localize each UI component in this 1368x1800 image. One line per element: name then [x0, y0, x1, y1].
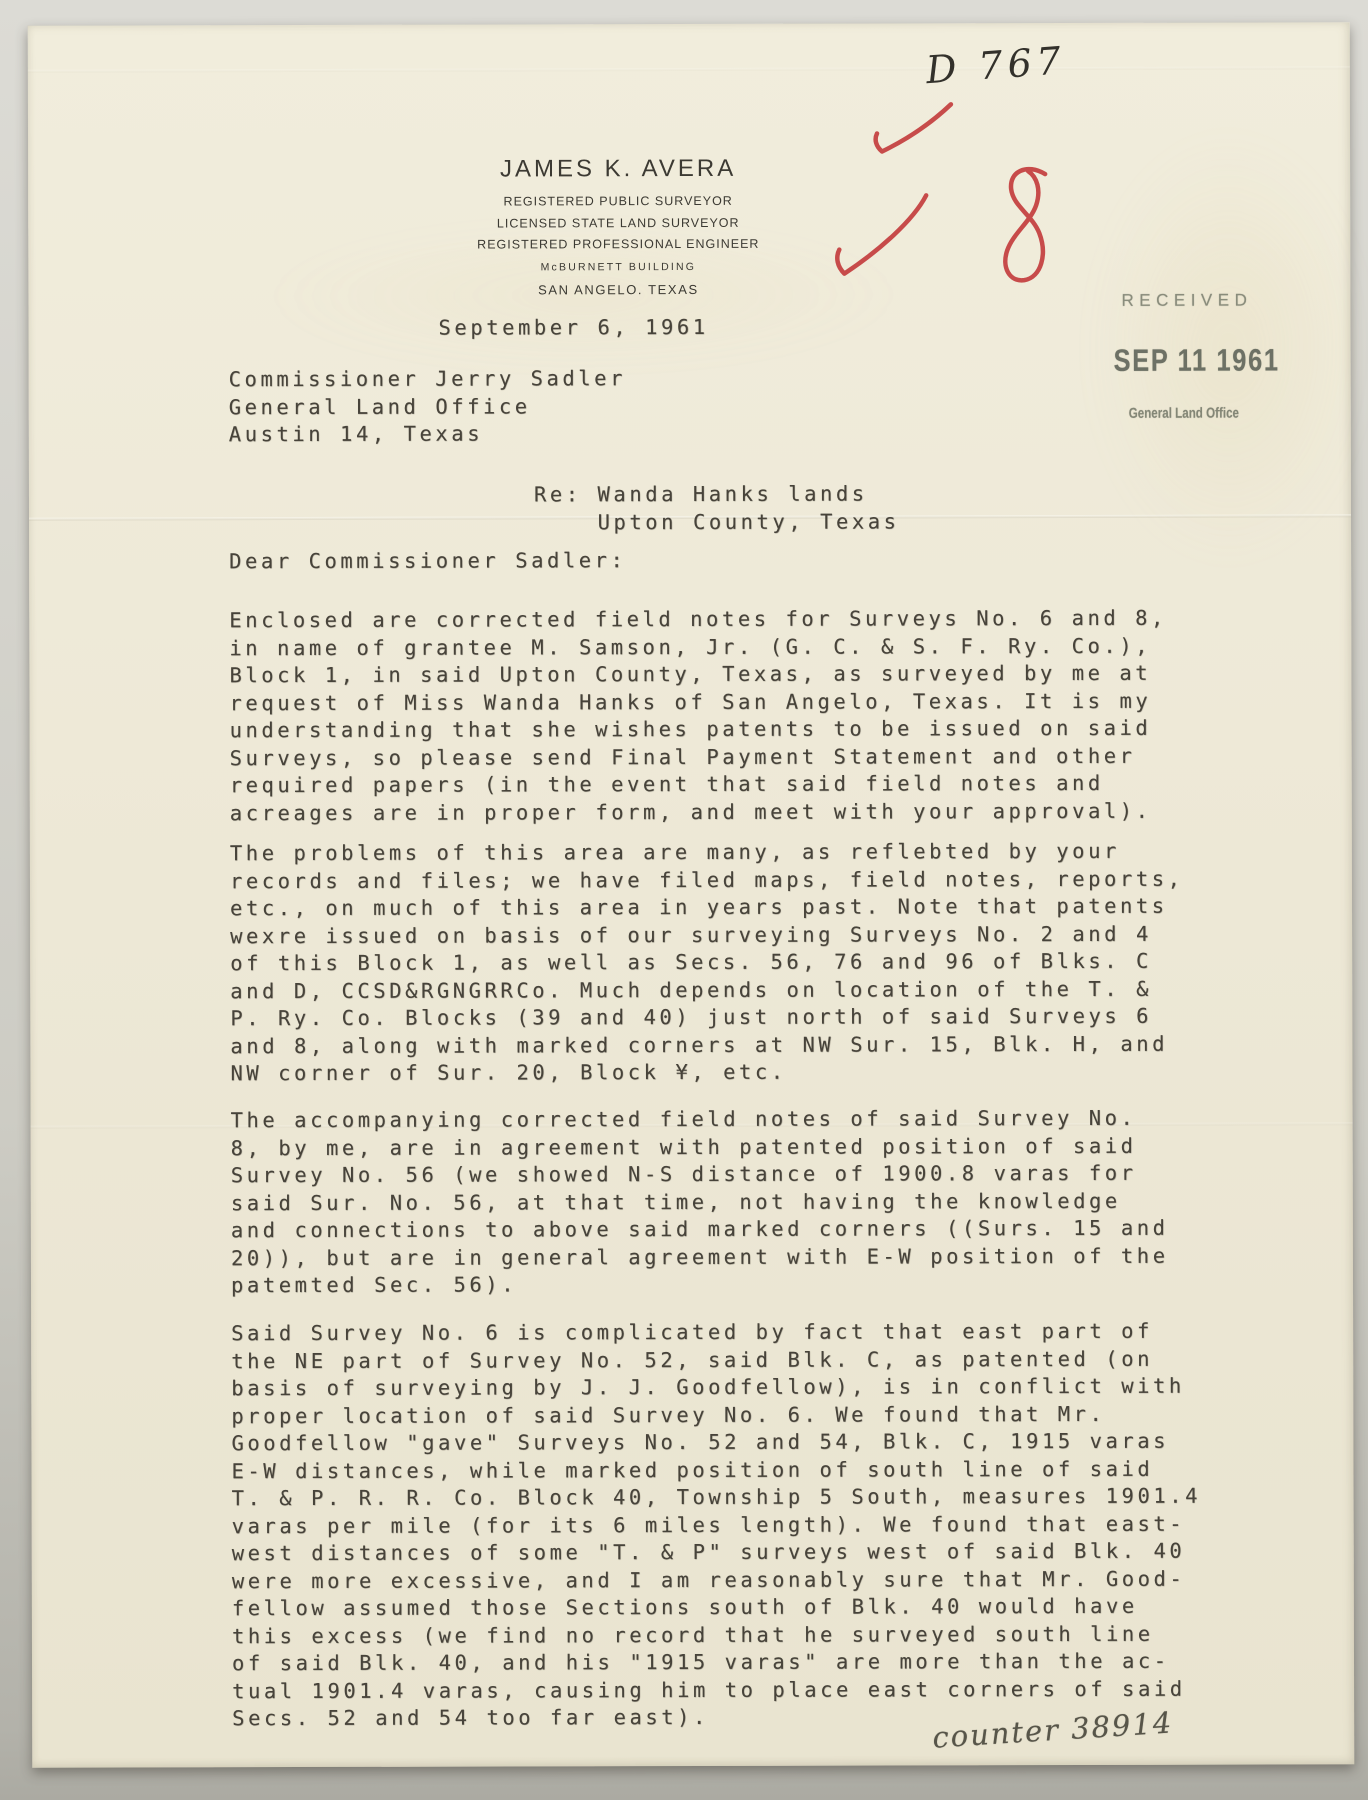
letter-paper: D 767 JAMES K. AVERA REGISTERED PUBLIC S… [28, 22, 1355, 1767]
paragraph-4: Said Survey No. 6 is complicated by fact… [231, 1318, 1201, 1733]
scan-background: D 767 JAMES K. AVERA REGISTERED PUBLIC S… [0, 0, 1368, 1800]
paragraph-2: The problems of this area are many, as r… [230, 838, 1184, 1088]
handwritten-doc-number: D 767 [924, 38, 1067, 92]
red-pen-annotations [813, 89, 1074, 300]
letter-date: September 6, 1961 [438, 314, 708, 342]
received-stamp-office: General Land Office [1129, 406, 1239, 422]
red-checkmark-icon [876, 104, 952, 151]
subject-line: Re: Wanda Hanks lands Upton County, Texa… [534, 480, 900, 536]
paper-crease [28, 66, 1350, 72]
received-stamp-date: SEP 11 1961 [1114, 342, 1280, 378]
received-stamp-title: RECEIVED [1121, 291, 1252, 311]
red-slash-icon [837, 195, 926, 273]
paragraph-1: Enclosed are corrected field notes for S… [229, 605, 1167, 827]
red-eight-icon [1005, 169, 1045, 280]
paragraph-3: The accompanying corrected field notes o… [231, 1105, 1169, 1300]
recipient-address: Commissioner Jerry Sadler General Land O… [229, 365, 627, 449]
salutation: Dear Commissioner Sadler: [229, 547, 626, 576]
